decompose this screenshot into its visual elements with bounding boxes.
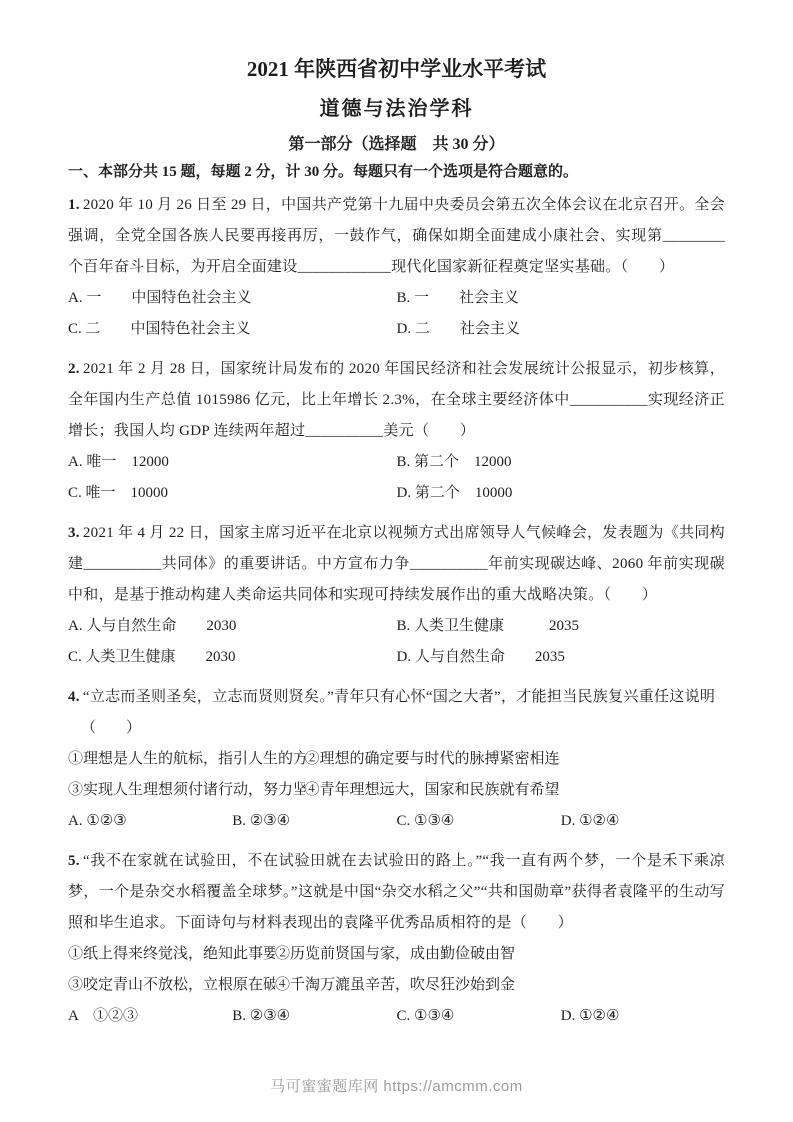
question-5-statement-1: ①纸上得来终觉浅，绝知此事要躬行 bbox=[68, 939, 275, 970]
question-1-option-c: C. 二 中国特色社会主义 bbox=[68, 314, 397, 345]
question-1-text: 2020 年 10 月 26 日至 29 日，中国共产党第十九届中央委员会第五次… bbox=[68, 197, 725, 275]
question-2-option-d: D. 第二个 10000 bbox=[397, 478, 726, 509]
question-3-options: A. 人与自然生命 2030 B. 人类卫生健康 2035 C. 人类卫生健康 … bbox=[68, 611, 725, 673]
question-5-statement-2: ②历览前贤国与家，成由勤俭破由智 bbox=[275, 939, 725, 970]
question-3-option-d: D. 人与自然生命 2035 bbox=[397, 642, 726, 673]
question-1-body: 1.2020 年 10 月 26 日至 29 日，中国共产党第十九届中央委员会第… bbox=[68, 190, 725, 283]
question-5: 5.“我不在家就在试验田，不在试验田就在去试验田的路上。”“我一直有两个梦，一个… bbox=[68, 846, 725, 1032]
question-3-text: 2021 年 4 月 22 日，国家主席习近平在北京以视频方式出席领导人气候峰会… bbox=[68, 525, 725, 603]
question-4: 4.“立志而圣则圣矣，立志而贤则贤矣。”青年只有心怀“国之大者”，才能担当民族复… bbox=[68, 682, 725, 837]
question-3-option-b: B. 人类卫生健康 2035 bbox=[397, 611, 726, 642]
question-2-options: A. 唯一 12000 B. 第二个 12000 C. 唯一 10000 D. … bbox=[68, 447, 725, 509]
question-3-option-a: A. 人与自然生命 2030 bbox=[68, 611, 397, 642]
question-1-option-d: D. 二 社会主义 bbox=[397, 314, 726, 345]
exam-subject: 道德与法治学科 bbox=[68, 96, 725, 122]
exam-paper-page: 2021 年陕西省初中学业水平考试 道德与法治学科 第一部分（选择题 共 30 … bbox=[0, 0, 793, 1122]
question-5-body: 5.“我不在家就在试验田，不在试验田就在去试验田的路上。”“我一直有两个梦，一个… bbox=[68, 846, 725, 939]
question-2-option-b: B. 第二个 12000 bbox=[397, 447, 726, 478]
question-5-statement-4: ④千淘万漉虽辛苦，吹尽狂沙始到金 bbox=[275, 970, 725, 1001]
question-5-text: “我不在家就在试验田，不在试验田就在去试验田的路上。”“我一直有两个梦，一个是禾… bbox=[68, 853, 725, 931]
question-4-option-c: C. ①③④ bbox=[397, 806, 561, 837]
question-2-option-c: C. 唯一 10000 bbox=[68, 478, 397, 509]
watermark-site-link: 马可蜜蜜题库网 https://amcmm.com bbox=[270, 1078, 523, 1095]
question-4-number: 4. bbox=[68, 689, 83, 705]
question-5-option-b: B. ②③④ bbox=[232, 1001, 396, 1032]
question-4-body: 4.“立志而圣则圣矣，立志而贤则贤矣。”青年只有心怀“国之大者”，才能担当民族复… bbox=[68, 682, 725, 713]
section-instruction: 一、本部分共 15 题，每题 2 分，计 30 分。每题只有一个选项是符合题意的… bbox=[68, 159, 725, 185]
question-2-option-a: A. 唯一 12000 bbox=[68, 447, 397, 478]
exam-title: 2021 年陕西省初中学业水平考试 bbox=[68, 56, 725, 83]
question-2-body: 2.2021 年 2 月 28 日，国家统计局发布的 2020 年国民经济和社会… bbox=[68, 354, 725, 447]
question-4-option-b: B. ②③④ bbox=[232, 806, 396, 837]
question-1-number: 1. bbox=[68, 197, 83, 213]
section-header: 第一部分（选择题 共 30 分） bbox=[68, 133, 725, 156]
question-3: 3.2021 年 4 月 22 日，国家主席习近平在北京以视频方式出席领导人气候… bbox=[68, 518, 725, 673]
question-1-option-a: A. 一 中国特色社会主义 bbox=[68, 283, 397, 314]
question-3-number: 3. bbox=[68, 525, 83, 541]
question-5-option-c: C. ①③④ bbox=[397, 1001, 561, 1032]
question-1-option-b: B. 一 社会主义 bbox=[397, 283, 726, 314]
question-1-options: A. 一 中国特色社会主义 B. 一 社会主义 C. 二 中国特色社会主义 D.… bbox=[68, 283, 725, 345]
question-4-option-d: D. ①②④ bbox=[561, 806, 725, 837]
question-2: 2.2021 年 2 月 28 日，国家统计局发布的 2020 年国民经济和社会… bbox=[68, 354, 725, 509]
question-4-statement-3: ③实现人生理想须付诸行动，努力坚持 bbox=[68, 775, 305, 806]
question-2-text: 2021 年 2 月 28 日，国家统计局发布的 2020 年国民经济和社会发展… bbox=[68, 361, 725, 439]
question-4-option-a: A. ①②③ bbox=[68, 806, 232, 837]
question-5-statement-3: ③咬定青山不放松，立根原在破岩中 bbox=[68, 970, 275, 1001]
question-4-text: “立志而圣则圣矣，立志而贤则贤矣。”青年只有心怀“国之大者”，才能担当民族复兴重… bbox=[83, 689, 715, 705]
question-5-option-d: D. ①②④ bbox=[561, 1001, 725, 1032]
question-4-options: A. ①②③ B. ②③④ C. ①③④ D. ①②④ bbox=[68, 806, 725, 837]
question-1: 1.2020 年 10 月 26 日至 29 日，中国共产党第十九届中央委员会第… bbox=[68, 190, 725, 345]
question-5-options: A ①②③ B. ②③④ C. ①③④ D. ①②④ bbox=[68, 1001, 725, 1032]
question-2-number: 2. bbox=[68, 361, 83, 377]
question-3-body: 3.2021 年 4 月 22 日，国家主席习近平在北京以视频方式出席领导人气候… bbox=[68, 518, 725, 611]
question-5-option-a: A ①②③ bbox=[68, 1001, 232, 1032]
question-4-statement-4: ④青年理想远大，国家和民族就有希望 bbox=[305, 775, 725, 806]
question-4-statements: ①理想是人生的航标，指引人生的方向 ②理想的确定要与时代的脉搏紧密相连 ③实现人… bbox=[68, 744, 725, 806]
question-5-number: 5. bbox=[68, 853, 83, 869]
watermark-footer: 马可蜜蜜题库网 https://amcmm.com bbox=[0, 1075, 793, 1096]
question-4-statement-2: ②理想的确定要与时代的脉搏紧密相连 bbox=[305, 744, 725, 775]
question-4-statement-1: ①理想是人生的航标，指引人生的方向 bbox=[68, 744, 305, 775]
question-4-answer-paren: （ ） bbox=[68, 713, 725, 744]
question-3-option-c: C. 人类卫生健康 2030 bbox=[68, 642, 397, 673]
question-5-statements: ①纸上得来终觉浅，绝知此事要躬行 ②历览前贤国与家，成由勤俭破由智 ③咬定青山不… bbox=[68, 939, 725, 1001]
